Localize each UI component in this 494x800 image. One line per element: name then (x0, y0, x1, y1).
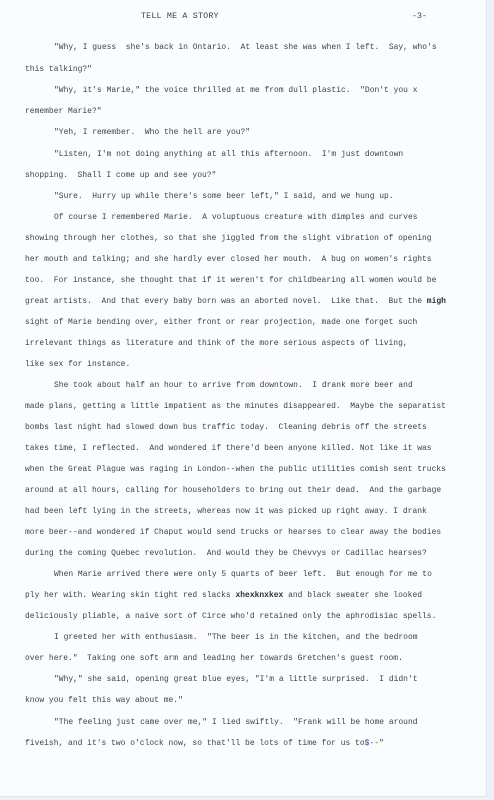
line-text: made plans, getting a little impatient a… (25, 402, 446, 411)
text-line: remember Marie?" (25, 107, 102, 117)
line-text: "The feeling just came over me," I lied … (54, 718, 418, 727)
line-text: deliciously pliable, a naive sort of Cir… (25, 612, 436, 621)
typed-overstrike: xhexknxkex (235, 591, 283, 600)
line-text: know you felt this way about me." (25, 696, 183, 705)
text-line: like sex for instance. (25, 360, 130, 370)
line-text: had been left lying in the streets, wher… (25, 507, 427, 516)
text-line: know you felt this way about me." (25, 696, 183, 706)
text-line: around at all hours, calling for househo… (25, 486, 441, 496)
text-line: when the Great Plague was raging in Lond… (25, 465, 446, 475)
line-text: bombs last night had slowed down bus tra… (25, 423, 427, 432)
page-number: -3- (412, 12, 427, 21)
text-line: "Why," she said, opening great blue eyes… (54, 675, 418, 685)
line-text: "Yeh, I remember. Who the hell are you?" (54, 128, 250, 137)
line-text: When Marie arrived there were only 5 qua… (54, 570, 432, 579)
line-text: Of course I remembered Marie. A voluptuo… (54, 213, 418, 222)
text-line: "Listen, I'm not doing anything at all t… (54, 150, 403, 160)
text-line: I greeted her with enthusiasm. "The beer… (54, 633, 418, 643)
line-text: like sex for instance. (25, 360, 130, 369)
text-line: over here." Taking one soft arm and lead… (25, 654, 403, 664)
line-text: over here." Taking one soft arm and lead… (25, 654, 403, 663)
text-line: takes time, I reflected. And wondered if… (25, 444, 432, 454)
text-line: "The feeling just came over me," I lied … (54, 718, 418, 728)
line-text: more beer--and wondered if Chaput would … (25, 528, 441, 537)
line-text: this talking?" (25, 65, 92, 74)
text-line: during the coming Quebec revolution. And… (25, 549, 427, 559)
text-line: bombs last night had slowed down bus tra… (25, 423, 427, 433)
line-text-after: --" (369, 739, 383, 748)
line-text: ply her with. Wearing skin tight red sla… (25, 591, 235, 600)
line-text: "Why, it's Marie," the voice thrilled at… (54, 86, 418, 95)
text-line: ply her with. Wearing skin tight red sla… (25, 591, 422, 601)
text-line: great artists. And that every baby born … (25, 297, 446, 307)
line-text: "Why," she said, opening great blue eyes… (54, 675, 418, 684)
line-text: remember Marie?" (25, 107, 102, 116)
text-line: sight of Marie bending over, either fron… (25, 318, 417, 328)
line-text: sight of Marie bending over, either fron… (25, 318, 417, 327)
text-line: had been left lying in the streets, wher… (25, 507, 427, 517)
text-line: too. For instance, she thought that if i… (25, 276, 436, 286)
typed-overstrike: migh (427, 297, 446, 306)
running-header-title: TELL ME A STORY (141, 12, 219, 21)
text-line: more beer--and wondered if Chaput would … (25, 528, 441, 538)
text-line: "Why, it's Marie," the voice thrilled at… (54, 86, 418, 96)
text-line: showing through her clothes, so that she… (25, 234, 432, 244)
text-line: irrelevant things as literature and thin… (25, 339, 408, 349)
line-text: "Sure. Hurry up while there's some beer … (54, 192, 394, 201)
line-text: She took about half an hour to arrive fr… (54, 381, 413, 390)
text-line: Of course I remembered Marie. A voluptuo… (54, 213, 418, 223)
typewritten-page: TELL ME A STORY -3- "Why, I guess she's … (0, 0, 487, 797)
line-text: I greeted her with enthusiasm. "The beer… (54, 633, 418, 642)
line-text: great artists. And that every baby born … (25, 297, 427, 306)
text-line: "Sure. Hurry up while there's some beer … (54, 192, 394, 202)
text-line: made plans, getting a little impatient a… (25, 402, 446, 412)
line-text: fiveish, and it's two o'clock now, so th… (25, 739, 365, 748)
line-text: "Listen, I'm not doing anything at all t… (54, 150, 403, 159)
line-text: showing through her clothes, so that she… (25, 234, 432, 243)
text-line: shopping. Shall I come up and see you?" (25, 171, 216, 181)
text-line: her mouth and talking; and she hardly ev… (25, 255, 432, 265)
text-line: "Why, I guess she's back in Ontario. At … (54, 43, 437, 53)
line-text: too. For instance, she thought that if i… (25, 276, 436, 285)
line-text: shopping. Shall I come up and see you?" (25, 171, 216, 180)
text-line: She took about half an hour to arrive fr… (54, 381, 413, 391)
text-line: this talking?" (25, 65, 92, 75)
text-line: "Yeh, I remember. Who the hell are you?" (54, 128, 250, 138)
line-text: around at all hours, calling for househo… (25, 486, 441, 495)
line-text: irrelevant things as literature and thin… (25, 339, 408, 348)
line-text: her mouth and talking; and she hardly ev… (25, 255, 432, 264)
text-line: fiveish, and it's two o'clock now, so th… (25, 739, 384, 749)
text-line: When Marie arrived there were only 5 qua… (54, 570, 432, 580)
line-text-after: and black sweater she looked (283, 591, 422, 600)
line-text: during the coming Quebec revolution. And… (25, 549, 427, 558)
text-line: deliciously pliable, a naive sort of Cir… (25, 612, 436, 622)
line-text: takes time, I reflected. And wondered if… (25, 444, 432, 453)
line-text: when the Great Plague was raging in Lond… (25, 465, 446, 474)
line-text: "Why, I guess she's back in Ontario. At … (54, 43, 437, 52)
